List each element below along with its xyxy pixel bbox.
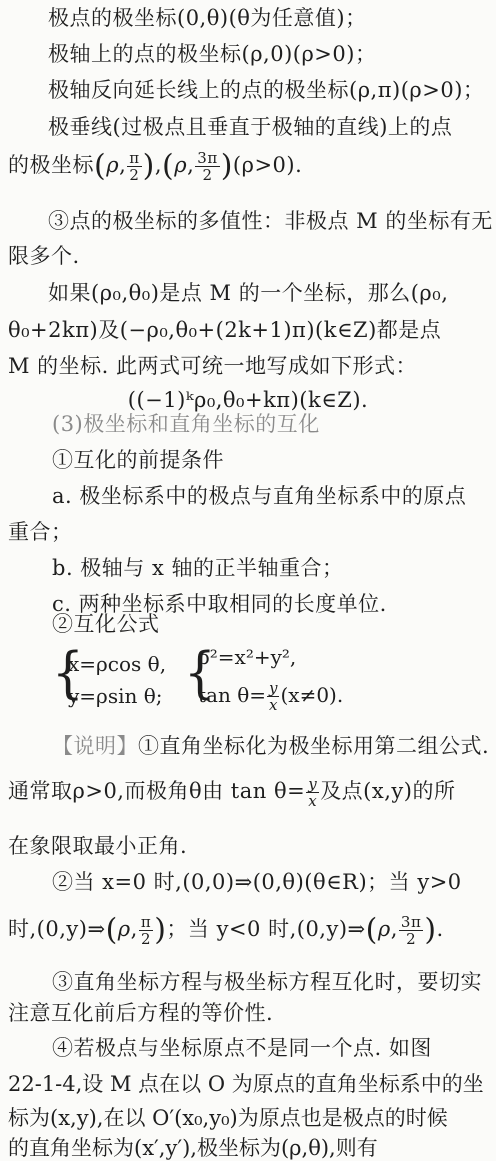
fraction: yx [267,680,279,713]
fraction: 3π2 [195,150,219,183]
text-line: θ₀+2kπ)及(−ρ₀,θ₀+(2k+1)π)(k∈Z)都是点 [8,316,482,344]
section-heading: (3)极坐标和直角坐标的互化 [52,410,482,438]
note-line: 在象限取最小正角. [8,832,482,860]
note-line: 通常取ρ>0,而极角θ由 tan θ=yx及点(x,y)的所 [8,776,482,809]
note-line: ④若极点与坐标原点不是同一个点. 如图 [52,1034,482,1062]
text-line: 极点的极坐标(0,θ)(θ为任意值)； [48,4,482,32]
text-line: 限多个. [8,242,482,270]
text-line: b. 极轴与 x 轴的正半轴重合； [52,554,482,582]
text-line: ②互化公式 [52,610,482,638]
text-line: 如果(ρ₀,θ₀)是点 M 的一个坐标，那么(ρ₀, [48,279,482,307]
text-line: M 的坐标. 此两式可统一地写成如下形式： [8,352,482,380]
text-line: 的极坐标(ρ,π2),(ρ,3π2)(ρ>0). [8,150,482,183]
fraction: yx [306,776,319,809]
note-line: ②当 x=0 时,(0,0)⇒(0,θ)(θ∈R)；当 y>0 [52,868,482,896]
note-line: ③直角坐标方程与极坐标方程互化时，要切实 [52,968,482,996]
note-label: 【说明】 [52,734,138,758]
note-line: 时,(0,y)⇒(ρ,π2)；当 y<0 时,(0,y)⇒(ρ,3π2). [8,914,482,947]
text-line: a. 极坐标系中的极点与直角坐标系中的原点 [52,482,482,510]
fraction: π2 [139,914,153,947]
note-line: 标为(x,y),在以 O′(x₀,y₀)为原点也是极点的时候 [8,1104,482,1132]
text-line: ③点的极坐标的多值性：非极点 M 的坐标有无 [48,207,482,235]
note-line: 22-1-4,设 M 点在以 O 为原点的直角坐标系中的坐 [8,1070,482,1098]
text-line: ①互化的前提条件 [52,446,482,474]
text-line: 重合； [8,518,482,546]
text-line: 极轴反向延长线上的点的极坐标(ρ,π)(ρ>0)； [48,76,482,104]
fraction: 3π2 [399,914,423,947]
fraction: π2 [127,150,141,183]
text-line: 极轴上的点的极坐标(ρ,0)(ρ>0)； [48,40,482,68]
note-line: 【说明】①直角坐标化为极坐标用第二组公式. [52,732,482,760]
note-line: 注意互化前后方程的等价性. [8,999,482,1027]
note-line: 的直角坐标为(x′,y′),极坐标为(ρ,θ),则有 [8,1134,482,1161]
text-line: 极垂线(过极点且垂直于极轴的直线)上的点 [48,113,482,141]
